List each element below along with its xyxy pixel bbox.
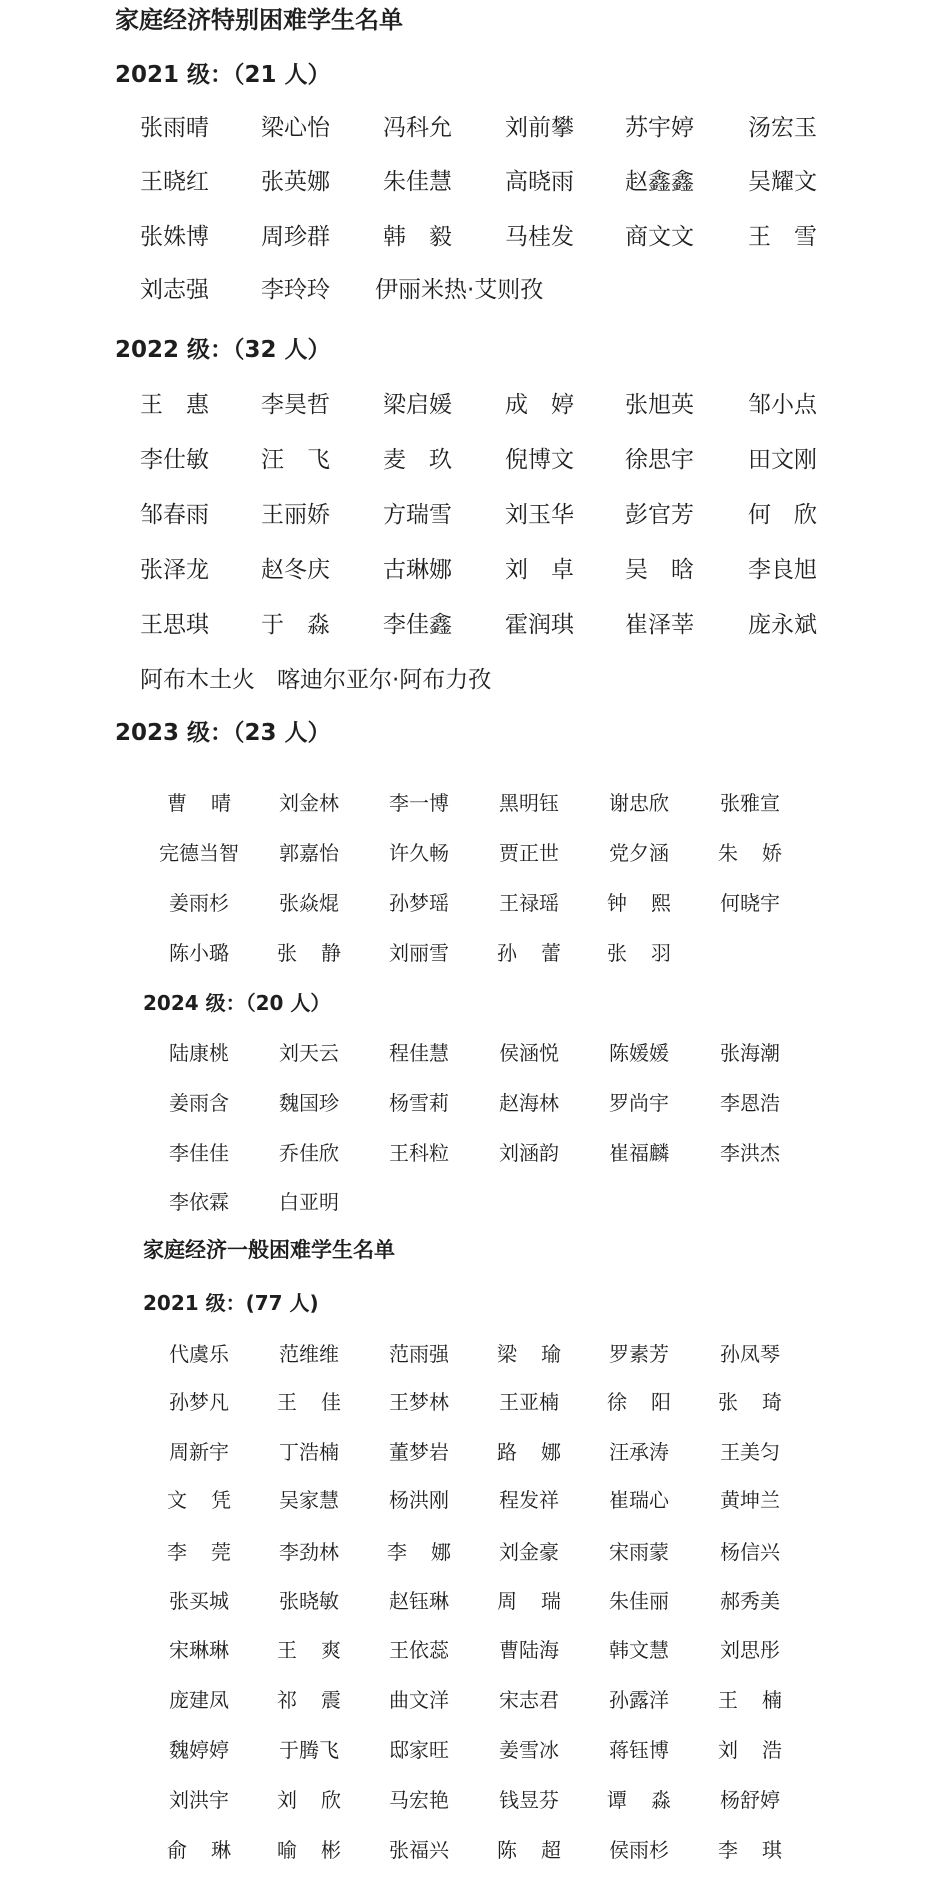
student-name: 冯科允 — [383, 113, 452, 143]
student-name: 乔佳欣 — [277, 1139, 341, 1167]
student-name: 韩文慧 — [607, 1636, 671, 1664]
student-name: 张 静 — [277, 939, 341, 967]
student-name: 张晓敏 — [277, 1587, 341, 1615]
student-name: 刘金豪 — [497, 1538, 561, 1566]
student-name: 曹 晴 — [167, 789, 231, 817]
student-name: 田文刚 — [748, 445, 817, 475]
student-name: 汪承涛 — [607, 1438, 671, 1466]
general-list-title: 家庭经济一般困难学生名单 — [143, 1236, 395, 1264]
student-name: 李一博 — [387, 789, 451, 817]
student-name: 汪 飞 — [261, 445, 330, 475]
student-name: 刘 卓 — [505, 555, 574, 585]
student-name: 商文文 — [625, 222, 694, 252]
student-name: 吴 晗 — [625, 555, 694, 585]
student-name: 张旭英 — [625, 390, 694, 420]
student-name: 陈媛媛 — [607, 1039, 671, 1067]
student-name: 梁启媛 — [383, 390, 452, 420]
student-name: 张福兴 — [387, 1836, 451, 1864]
student-name: 王美匀 — [718, 1438, 782, 1466]
student-name: 李 琪 — [718, 1836, 782, 1864]
student-name: 杨信兴 — [718, 1538, 782, 1566]
student-name: 杨雪莉 — [387, 1089, 451, 1117]
student-name: 吴家慧 — [277, 1486, 341, 1514]
student-name: 李佳鑫 — [383, 610, 452, 640]
student-name: 刘涵韵 — [497, 1139, 561, 1167]
student-name: 陈 超 — [497, 1836, 561, 1864]
student-name: 魏婷婷 — [167, 1736, 231, 1764]
student-name: 王晓红 — [140, 167, 209, 197]
student-name: 路 娜 — [497, 1438, 561, 1466]
student-name: 于腾飞 — [277, 1736, 341, 1764]
student-name: 古琳娜 — [383, 555, 452, 585]
student-name: 代虞乐 — [167, 1340, 231, 1368]
grade-2023-heading: 2023 级：（23 人） — [115, 718, 331, 748]
student-name: 邹春雨 — [140, 500, 209, 530]
grade-2021-heading: 2021 级：（21 人） — [115, 60, 331, 90]
student-name: 王 爽 — [277, 1636, 341, 1664]
student-name: 宋志君 — [497, 1686, 561, 1714]
student-name: 马宏艳 — [387, 1786, 451, 1814]
student-name: 倪博文 — [505, 445, 574, 475]
student-name: 阿布木土火 — [140, 665, 255, 695]
student-name: 许久畅 — [387, 839, 451, 867]
student-name: 赵海林 — [497, 1089, 561, 1117]
student-name: 侯雨杉 — [607, 1836, 671, 1864]
student-name: 王亚楠 — [497, 1388, 561, 1416]
student-name: 钱昱芬 — [497, 1786, 561, 1814]
student-name: 李 娜 — [387, 1538, 451, 1566]
student-name: 王丽娇 — [261, 500, 330, 530]
student-name: 刘洪宇 — [167, 1786, 231, 1814]
student-name: 于 淼 — [261, 610, 330, 640]
student-name: 白亚明 — [277, 1188, 341, 1216]
student-name: 汤宏玉 — [748, 113, 817, 143]
student-name: 孙梦凡 — [167, 1388, 231, 1416]
student-name: 王禄瑶 — [497, 889, 561, 917]
student-name: 董梦岩 — [387, 1438, 451, 1466]
student-name: 曹陆海 — [497, 1636, 561, 1664]
student-name: 刘前攀 — [505, 113, 574, 143]
student-name: 郝秀美 — [718, 1587, 782, 1615]
student-name: 丁浩楠 — [277, 1438, 341, 1466]
student-name: 赵冬庆 — [261, 555, 330, 585]
student-name: 邸家旺 — [387, 1736, 451, 1764]
student-name: 王梦林 — [387, 1388, 451, 1416]
student-name: 孙露洋 — [607, 1686, 671, 1714]
student-name: 郭嘉怡 — [277, 839, 341, 867]
student-name: 刘天云 — [277, 1039, 341, 1067]
student-name: 陆康桃 — [167, 1039, 231, 1067]
student-name: 李恩浩 — [718, 1089, 782, 1117]
student-name: 党夕涵 — [607, 839, 671, 867]
student-name: 俞 琳 — [167, 1836, 231, 1864]
student-name: 邹小点 — [748, 390, 817, 420]
student-name: 赵鑫鑫 — [625, 167, 694, 197]
student-name: 朱佳慧 — [383, 167, 452, 197]
student-name: 罗尚宇 — [607, 1089, 671, 1117]
student-name: 李佳佳 — [167, 1139, 231, 1167]
student-name: 姜雪冰 — [497, 1736, 561, 1764]
student-name: 朱 娇 — [718, 839, 782, 867]
student-name: 陈小璐 — [167, 939, 231, 967]
student-name: 吴耀文 — [748, 167, 817, 197]
student-name: 张雨晴 — [140, 113, 209, 143]
student-name: 徐思宇 — [625, 445, 694, 475]
student-name: 王 楠 — [718, 1686, 782, 1714]
student-name: 韩 毅 — [383, 222, 452, 252]
student-name: 彭官芳 — [625, 500, 694, 530]
grade-2022-heading: 2022 级：（32 人） — [115, 335, 331, 365]
student-name: 梁 瑜 — [497, 1340, 561, 1368]
student-name: 王依蕊 — [387, 1636, 451, 1664]
student-name: 王科粒 — [387, 1139, 451, 1167]
student-name: 周珍群 — [261, 222, 330, 252]
student-name: 李洪杰 — [718, 1139, 782, 1167]
student-name: 杨舒婷 — [718, 1786, 782, 1814]
student-name: 朱佳丽 — [607, 1587, 671, 1615]
student-name: 高晓雨 — [505, 167, 574, 197]
student-name: 孙凤琴 — [718, 1340, 782, 1368]
student-name: 王 佳 — [277, 1388, 341, 1416]
student-name: 崔福麟 — [607, 1139, 671, 1167]
student-name: 伊丽米热·艾则孜 — [375, 275, 543, 305]
student-name: 张英娜 — [261, 167, 330, 197]
student-name: 张 琦 — [718, 1388, 782, 1416]
grade-2024-heading: 2024 级：（20 人） — [143, 989, 330, 1017]
student-name: 庞永斌 — [748, 610, 817, 640]
student-name: 张泽龙 — [140, 555, 209, 585]
student-name: 崔瑞心 — [607, 1486, 671, 1514]
student-name: 张焱焜 — [277, 889, 341, 917]
student-name: 曲文洋 — [387, 1686, 451, 1714]
student-name: 麦 玖 — [383, 445, 452, 475]
student-name: 文 凭 — [167, 1486, 231, 1514]
student-name: 何 欣 — [748, 500, 817, 530]
student-name: 宋雨蒙 — [607, 1538, 671, 1566]
student-name: 杨洪刚 — [387, 1486, 451, 1514]
student-name: 程佳慧 — [387, 1039, 451, 1067]
student-name: 范维维 — [277, 1340, 341, 1368]
student-name: 宋琳琳 — [167, 1636, 231, 1664]
student-name: 祁 震 — [277, 1686, 341, 1714]
student-name: 刘金林 — [277, 789, 341, 817]
student-name: 王 惠 — [140, 390, 209, 420]
student-name: 钟 熙 — [607, 889, 671, 917]
student-name: 苏宇婷 — [625, 113, 694, 143]
student-name: 喻 彬 — [277, 1836, 341, 1864]
student-name: 黑明钰 — [497, 789, 561, 817]
student-name: 李仕敏 — [140, 445, 209, 475]
student-name: 李 莞 — [167, 1538, 231, 1566]
student-name: 何晓宇 — [718, 889, 782, 917]
student-name: 赵钰琳 — [387, 1587, 451, 1615]
student-name: 刘 浩 — [718, 1736, 782, 1764]
student-name: 程发祥 — [497, 1486, 561, 1514]
student-name: 姜雨含 — [167, 1089, 231, 1117]
student-name: 李良旭 — [748, 555, 817, 585]
student-name: 徐 阳 — [607, 1388, 671, 1416]
student-name: 刘丽雪 — [387, 939, 451, 967]
student-name: 孙 蕾 — [497, 939, 561, 967]
student-name: 刘思彤 — [718, 1636, 782, 1664]
student-name: 成 婷 — [505, 390, 574, 420]
student-name: 梁心怡 — [261, 113, 330, 143]
student-name: 张买城 — [167, 1587, 231, 1615]
student-name: 黄坤兰 — [718, 1486, 782, 1514]
general-grade-2021-heading: 2021 级：(77 人) — [143, 1289, 319, 1317]
student-name: 侯涵悦 — [497, 1039, 561, 1067]
student-name: 罗素芳 — [607, 1340, 671, 1368]
student-name: 李劲林 — [277, 1538, 341, 1566]
student-name: 周 瑞 — [497, 1587, 561, 1615]
student-name: 刘志强 — [140, 275, 209, 305]
student-name: 李玲玲 — [261, 275, 330, 305]
student-name: 霍润琪 — [505, 610, 574, 640]
student-name: 周新宇 — [167, 1438, 231, 1466]
student-name: 李依霖 — [167, 1188, 231, 1216]
student-name: 范雨强 — [387, 1340, 451, 1368]
student-name: 贾正世 — [497, 839, 561, 867]
special-list-title: 家庭经济特别困难学生名单 — [115, 5, 403, 35]
student-name: 王思琪 — [140, 610, 209, 640]
student-name: 喀迪尔亚尔·阿布力孜 — [277, 665, 491, 695]
student-name: 刘玉华 — [505, 500, 574, 530]
student-name: 王 雪 — [748, 222, 817, 252]
student-name: 谭 淼 — [607, 1786, 671, 1814]
student-name: 姜雨杉 — [167, 889, 231, 917]
student-name: 庞建凤 — [167, 1686, 231, 1714]
student-name: 张雅宣 — [718, 789, 782, 817]
student-name: 魏国珍 — [277, 1089, 341, 1117]
student-name: 孙梦瑶 — [387, 889, 451, 917]
student-name: 完德当智 — [155, 839, 243, 867]
student-name: 张 羽 — [607, 939, 671, 967]
student-name: 张海潮 — [718, 1039, 782, 1067]
student-name: 张姝博 — [140, 222, 209, 252]
student-name: 崔泽莘 — [625, 610, 694, 640]
student-name: 马桂发 — [505, 222, 574, 252]
student-name: 李昊哲 — [261, 390, 330, 420]
student-name: 方瑞雪 — [383, 500, 452, 530]
student-name: 刘 欣 — [277, 1786, 341, 1814]
student-name: 谢忠欣 — [607, 789, 671, 817]
student-name: 蒋钰博 — [607, 1736, 671, 1764]
